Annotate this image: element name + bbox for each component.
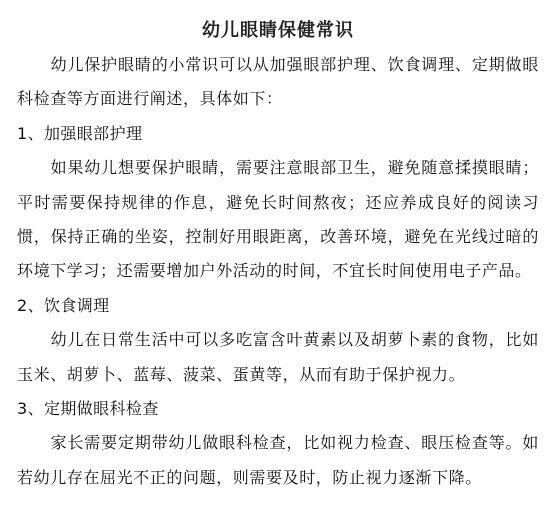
section-heading: 3、定期做眼科检查 [17,392,539,426]
section-body: 幼儿在日常生活中可以多吃富含叶黄素以及胡萝卜素的食物，比如玉米、胡萝卜、蓝莓、菠… [17,323,539,392]
section-eye-care: 1、加强眼部护理 如果幼儿想要保护眼睛，需要注意眼部卫生，避免随意揉摸眼睛；平时… [17,117,539,289]
section-eye-exam: 3、定期做眼科检查 家长需要定期带幼儿做眼科检查，比如视力检查、眼压检查等。如若… [17,392,539,495]
section-heading: 2、饮食调理 [17,289,539,323]
section-heading: 1、加强眼部护理 [17,117,539,151]
section-body: 如果幼儿想要保护眼睛，需要注意眼部卫生，避免随意揉摸眼睛；平时需要保持规律的作息… [17,151,539,289]
document-title: 幼儿眼睛保健常识 [17,14,539,48]
section-body: 家长需要定期带幼儿做眼科检查，比如视力检查、眼压检查等。如若幼儿存在屈光不正的问… [17,426,539,495]
intro-paragraph: 幼儿保护眼睛的小常识可以从加强眼部护理、饮食调理、定期做眼科检查等方面进行阐述，… [17,48,539,117]
section-diet: 2、饮食调理 幼儿在日常生活中可以多吃富含叶黄素以及胡萝卜素的食物，比如玉米、胡… [17,289,539,392]
document: 幼儿眼睛保健常识 幼儿保护眼睛的小常识可以从加强眼部护理、饮食调理、定期做眼科检… [0,0,556,495]
